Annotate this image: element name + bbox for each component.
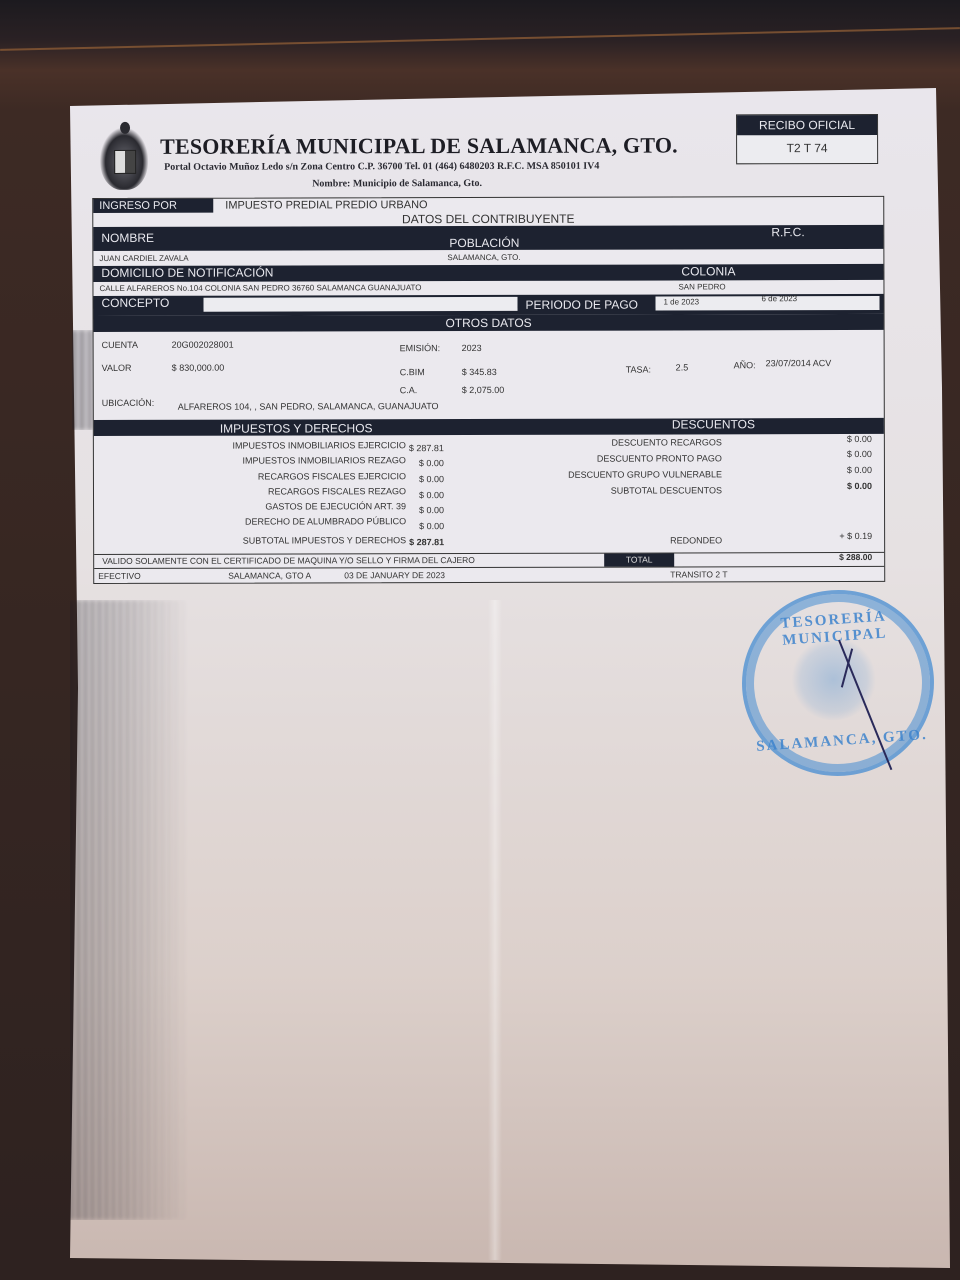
descuentos-title: DESCUENTOS: [672, 416, 755, 432]
descuento-value: $ 0.00: [847, 449, 872, 459]
impuesto-label: IMPUESTOS INMOBILIARIOS REZAGO: [243, 455, 406, 465]
valor-value: $ 830,000.00: [172, 363, 225, 373]
descuentos-subtotal-value: $ 0.00: [847, 481, 872, 491]
toner-smudge: [70, 600, 190, 1220]
concepto-bar: CONCEPTO PERIODO DE PAGO 1 de 2023 6 de …: [93, 294, 883, 316]
pago-row: EFECTIVO SALAMANCA, GTO A 03 DE JANUARY …: [94, 566, 884, 583]
impuesto-value: $ 0.00: [419, 521, 444, 531]
header-nombre: Nombre: Municipio de Salamanca, Gto.: [312, 178, 482, 189]
ubicacion-value: ALFAREROS 104, , SAN PEDRO, SALAMANCA, G…: [178, 401, 439, 412]
ano-value: 23/07/2014 ACV: [766, 358, 832, 368]
tasa-label: TASA:: [626, 365, 651, 375]
ca-label: C.A.: [400, 385, 418, 395]
periodo-label: PERIODO DE PAGO: [525, 298, 638, 313]
colonia-label: COLONIA: [681, 264, 735, 279]
contribuyente-header-bar: NOMBRE POBLACIÓN R.F.C.: [93, 225, 883, 251]
nombre-value: JUAN CARDIEL ZAVALA: [99, 251, 188, 266]
recibo-label: RECIBO OFICIAL: [737, 115, 877, 135]
cuenta-value: 20G002028001: [172, 340, 234, 350]
concepto-field: [203, 297, 517, 312]
impuesto-value: $ 0.00: [419, 505, 444, 515]
domicilio-value: CALLE ALFAREROS No.104 COLONIA SAN PEDRO…: [99, 281, 421, 296]
impuesto-label: DERECHO DE ALUMBRADO PÚBLICO: [245, 516, 406, 526]
impuesto-value: $ 0.00: [419, 490, 444, 500]
ingreso-label: INGRESO POR: [93, 199, 213, 213]
poblacion-value: SALAMANCA, GTO.: [447, 250, 520, 265]
forma-pago: EFECTIVO: [98, 569, 141, 583]
receipt-form: INGRESO POR IMPUESTO PREDIAL PREDIO URBA…: [92, 196, 885, 584]
impuesto-value: $ 0.00: [419, 474, 444, 484]
ano-label: AÑO:: [734, 360, 756, 370]
concepto-label: CONCEPTO: [101, 296, 169, 311]
tasa-value: 2.5: [676, 362, 689, 372]
lugar: SALAMANCA, GTO A: [228, 568, 311, 582]
recibo-number: T2 T 74: [737, 135, 877, 161]
ubicacion-label: UBICACIÓN:: [102, 398, 155, 408]
valor-label: VALOR: [102, 363, 132, 373]
redondeo-value: + $ 0.19: [839, 531, 872, 541]
poblacion-label: POBLACIÓN: [449, 236, 519, 251]
municipal-crest-icon: [100, 128, 148, 190]
impuesto-label: GASTOS DE EJECUCIÓN ART. 39: [265, 501, 406, 511]
impuesto-label: RECARGOS FISCALES REZAGO: [268, 486, 406, 496]
descuentos-subtotal-label: SUBTOTAL DESCUENTOS: [611, 485, 722, 495]
cuenta-label: CUENTA: [102, 340, 138, 350]
ca-value: $ 2,075.00: [462, 385, 505, 395]
table-edge: [0, 27, 960, 51]
impuesto-value: $ 287.81: [409, 443, 444, 453]
descuento-value: $ 0.00: [847, 434, 872, 444]
cbim-label: C.BIM: [400, 367, 425, 377]
transito: TRANSITO 2 T: [670, 567, 727, 581]
validez-text: VALIDO SOLAMENTE CON EL CERTIFICADO DE M…: [102, 554, 475, 568]
descuento-label: DESCUENTO RECARGOS: [612, 437, 722, 447]
descuento-value: $ 0.00: [847, 465, 872, 475]
impuestos-subtotal-label: SUBTOTAL IMPUESTOS Y DERECHOS: [243, 535, 406, 545]
impuesto-value: $ 0.00: [419, 458, 444, 468]
periodo-desde: 1 de 2023: [663, 296, 699, 308]
redondeo-label: REDONDEO: [670, 535, 722, 545]
recibo-oficial-box: RECIBO OFICIAL T2 T 74: [736, 114, 878, 164]
document-title: TESORERÍA MUNICIPAL DE SALAMANCA, GTO.: [160, 132, 680, 159]
emision-label: EMISIÓN:: [400, 343, 441, 353]
periodo-field: 1 de 2023 6 de 2023: [655, 296, 879, 311]
total-value: $ 288.00: [839, 551, 872, 564]
domicilio-label: DOMICILIO DE NOTIFICACIÓN: [101, 266, 273, 281]
impuesto-label: RECARGOS FISCALES EJERCICIO: [258, 471, 406, 481]
otros-datos-section: CUENTA 20G002028001 VALOR $ 830,000.00 U…: [94, 330, 884, 420]
cbim-value: $ 345.83: [462, 367, 497, 377]
fecha: 03 DE JANUARY DE 2023: [344, 568, 445, 582]
colonia-value: SAN PEDRO: [678, 280, 725, 294]
impuesto-label: IMPUESTOS INMOBILIARIOS EJERCICIO: [232, 440, 405, 450]
rfc-label: R.F.C.: [771, 225, 804, 240]
periodo-hasta: 6 de 2023: [761, 293, 797, 305]
header-address: Portal Octavio Muñoz Ledo s/n Zona Centr…: [164, 161, 599, 173]
nombre-label: NOMBRE: [101, 231, 154, 246]
descuento-label: DESCUENTO GRUPO VULNERABLE: [568, 469, 722, 479]
paper-fold: [488, 600, 502, 1260]
total-label: TOTAL: [604, 553, 674, 566]
emision-value: 2023: [462, 343, 482, 353]
impuestos-title: IMPUESTOS Y DERECHOS: [220, 420, 373, 436]
impuestos-subtotal-value: $ 287.81: [409, 537, 444, 547]
impuestos-descuentos-body: IMPUESTOS INMOBILIARIOS EJERCICIO $ 287.…: [94, 434, 884, 554]
descuento-label: DESCUENTO PRONTO PAGO: [597, 453, 722, 463]
